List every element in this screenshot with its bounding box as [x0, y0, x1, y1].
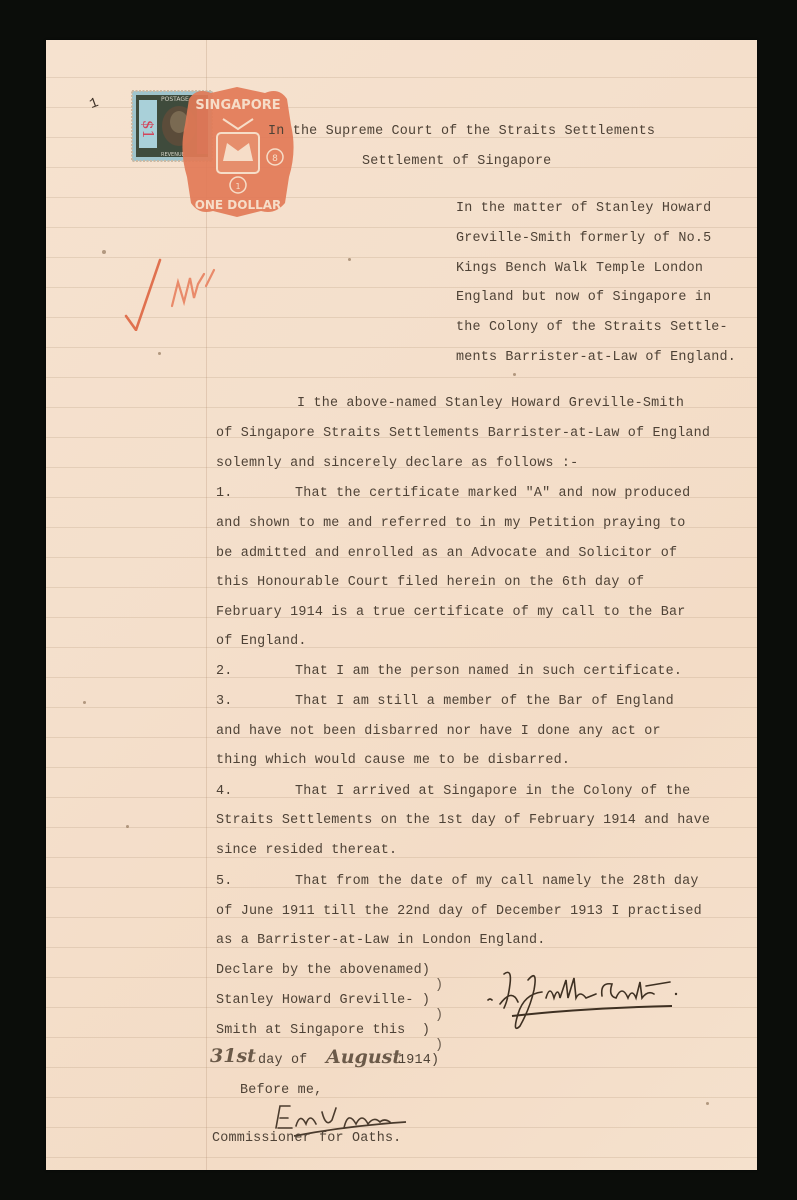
paragraph-number: 3. — [216, 694, 232, 710]
svg-text:1: 1 — [235, 182, 240, 191]
corner-mark: 1 — [88, 95, 102, 113]
paragraph-line: Straits Settlements on the 1st day of Fe… — [216, 813, 710, 829]
paragraph-line: of England. — [216, 634, 307, 650]
paper-speck — [102, 250, 106, 254]
paragraph-line: That the certificate marked "A" and now … — [295, 486, 690, 502]
matter-line: Greville-Smith formerly of No.5 — [456, 231, 711, 247]
paragraph-line: as a Barrister-at-Law in London England. — [216, 933, 545, 949]
paper-speck — [83, 701, 86, 704]
svg-text:8: 8 — [272, 154, 278, 164]
handwritten-month: August — [326, 1046, 401, 1068]
paper-speck — [126, 825, 129, 828]
svg-text:$1: $1 — [139, 120, 157, 139]
matter-line: In the matter of Stanley Howard — [456, 201, 711, 217]
jurat-line: Stanley Howard Greville- ) — [216, 993, 430, 1009]
affidavit-page: 1 $1 POSTAGE REVENUE SINGAPORE 8 1 ONE D… — [46, 40, 757, 1170]
paragraph-line: and have not been disbarred nor have I d… — [216, 724, 661, 740]
paragraph-number: 5. — [216, 874, 232, 890]
paragraph-number: 4. — [216, 784, 232, 800]
commissioner-label: Commissioner for Oaths. — [212, 1131, 401, 1147]
red-check-mark-icon — [122, 236, 232, 331]
matter-line: the Colony of the Straits Settle- — [456, 320, 728, 336]
bracket-mark: ) — [435, 1008, 443, 1024]
bracket-mark: ) — [435, 978, 443, 994]
paragraph-line: of June 1911 till the 22nd day of Decemb… — [216, 904, 702, 920]
before-me-label: Before me, — [240, 1083, 322, 1099]
jurat-date-middle: day of — [258, 1053, 307, 1069]
svg-text:SINGAPORE: SINGAPORE — [195, 98, 280, 113]
paragraph-line: thing which would cause me to be disbarr… — [216, 753, 570, 769]
preamble-line: solemnly and sincerely declare as follow… — [216, 456, 578, 472]
paragraph-line: and shown to me and referred to in my Pe… — [216, 516, 685, 532]
jurat-line: Declare by the abovenamed) — [216, 963, 430, 979]
paragraph-line: That I arrived at Singapore in the Colon… — [295, 784, 690, 800]
paragraph-line: this Honourable Court filed herein on th… — [216, 575, 644, 591]
declarant-signature — [482, 964, 682, 1034]
matter-line: Kings Bench Walk Temple London — [456, 261, 703, 277]
jurat-line: Smith at Singapore this ) — [216, 1023, 430, 1039]
revenue-stamp-icon: SINGAPORE 8 1 ONE DOLLAR — [179, 85, 297, 217]
svg-text:ONE DOLLAR: ONE DOLLAR — [195, 198, 282, 212]
paper-speck — [706, 1102, 709, 1105]
court-heading: In the Supreme Court of the Straits Sett… — [268, 124, 655, 140]
paragraph-line: That I am the person named in such certi… — [295, 664, 682, 680]
paragraph-line: That I am still a member of the Bar of E… — [295, 694, 674, 710]
paragraph-line: February 1914 is a true certificate of m… — [216, 605, 685, 621]
paragraph-line: That from the date of my call namely the… — [295, 874, 699, 890]
paper-speck — [513, 373, 516, 376]
jurat-year: 1914) — [398, 1053, 439, 1069]
matter-line: England but now of Singapore in — [456, 290, 711, 306]
paper-speck — [158, 352, 161, 355]
bracket-mark: ) — [435, 1038, 443, 1054]
paragraph-line: since resided thereat. — [216, 843, 397, 859]
settlement-heading: Settlement of Singapore — [362, 154, 551, 170]
preamble-line: I the above-named Stanley Howard Grevill… — [297, 396, 684, 412]
paragraph-number: 1. — [216, 486, 232, 502]
matter-line: ments Barrister-at-Law of England. — [456, 350, 736, 366]
handwritten-day: 31st — [210, 1045, 256, 1067]
paragraph-number: 2. — [216, 664, 232, 680]
paper-speck — [348, 258, 351, 261]
preamble-line: of Singapore Straits Settlements Barrist… — [216, 426, 710, 442]
paragraph-line: be admitted and enrolled as an Advocate … — [216, 546, 677, 562]
